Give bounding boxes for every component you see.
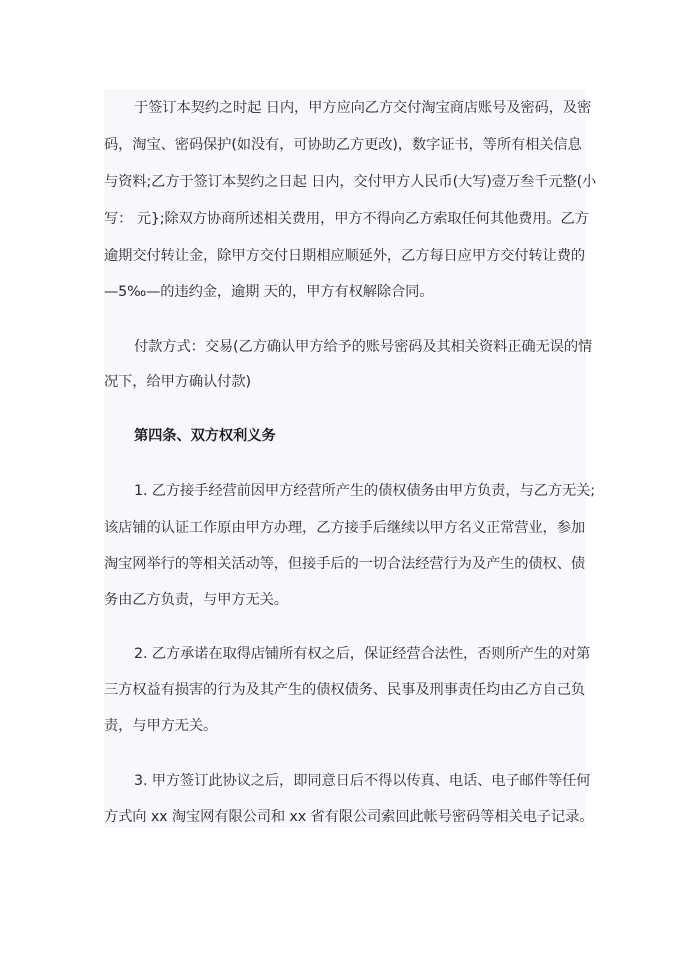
paragraph-line: 责，与甲方无关。 [104, 715, 594, 737]
paragraph-line: 况下，给甲方确认付款) [104, 371, 594, 393]
paragraph-line: 该店铺的认证工作原由甲方办理，乙方接手后继续以甲方名义正常营业，参加 [104, 517, 594, 539]
paragraph-line: 1. 乙方接手经营前因甲方经营所产生的债权债务由甲方负责，与乙方无关; [134, 480, 624, 502]
paragraph-line: 于签订本契约之时起 日内，甲方应向乙方交付淘宝商店账号及密码，及密 [134, 97, 624, 119]
paragraph-line: 付款方式：交易(乙方确认甲方给予的账号密码及其相关资料正确无误的情 [134, 336, 624, 358]
paragraph-line: 逾期交付转让金，除甲方交付日期相应顺延外，乙方每日应甲方交付转让费的 [104, 245, 594, 267]
paragraph-line: 淘宝网举行的等相关活动等，但接手后的一切合法经营行为及产生的债权、债 [104, 553, 594, 575]
paragraph-line: 三方权益有损害的行为及其产生的债权债务、民事及刑事责任均由乙方自己负 [104, 679, 594, 701]
paragraph-line: 码，淘宝、密码保护(如没有，可协助乙方更改)，数字证书，等所有相关信息 [104, 134, 594, 156]
paragraph-line: 2. 乙方承诺在取得店铺所有权之后，保证经营合法性，否则所产生的对第 [134, 643, 624, 665]
paragraph-line: 写： 元};除双方协商所述相关费用，甲方不得向乙方索取任何其他费用。乙方 [104, 208, 594, 230]
paragraph-line: 方式向 xx 淘宝网有限公司和 xx 省有限公司索回此帐号密码等相关电子记录。 [104, 806, 594, 828]
paragraph-line: 与资料;乙方于签订本契约之日起 日内，交付甲方人民币(大写)壹万叁千元整(小 [104, 171, 594, 193]
paragraph-line: 3. 甲方签订此协议之后，即同意日后不得以传真、电话、电子邮件等任何 [134, 770, 624, 792]
paragraph-line: 务由乙方负责，与甲方无关。 [104, 589, 594, 611]
paragraph-line: —5‰—的违约金，逾期 天的，甲方有权解除合同。 [104, 281, 594, 303]
section-heading: 第四条、双方权利义务 [134, 425, 624, 447]
